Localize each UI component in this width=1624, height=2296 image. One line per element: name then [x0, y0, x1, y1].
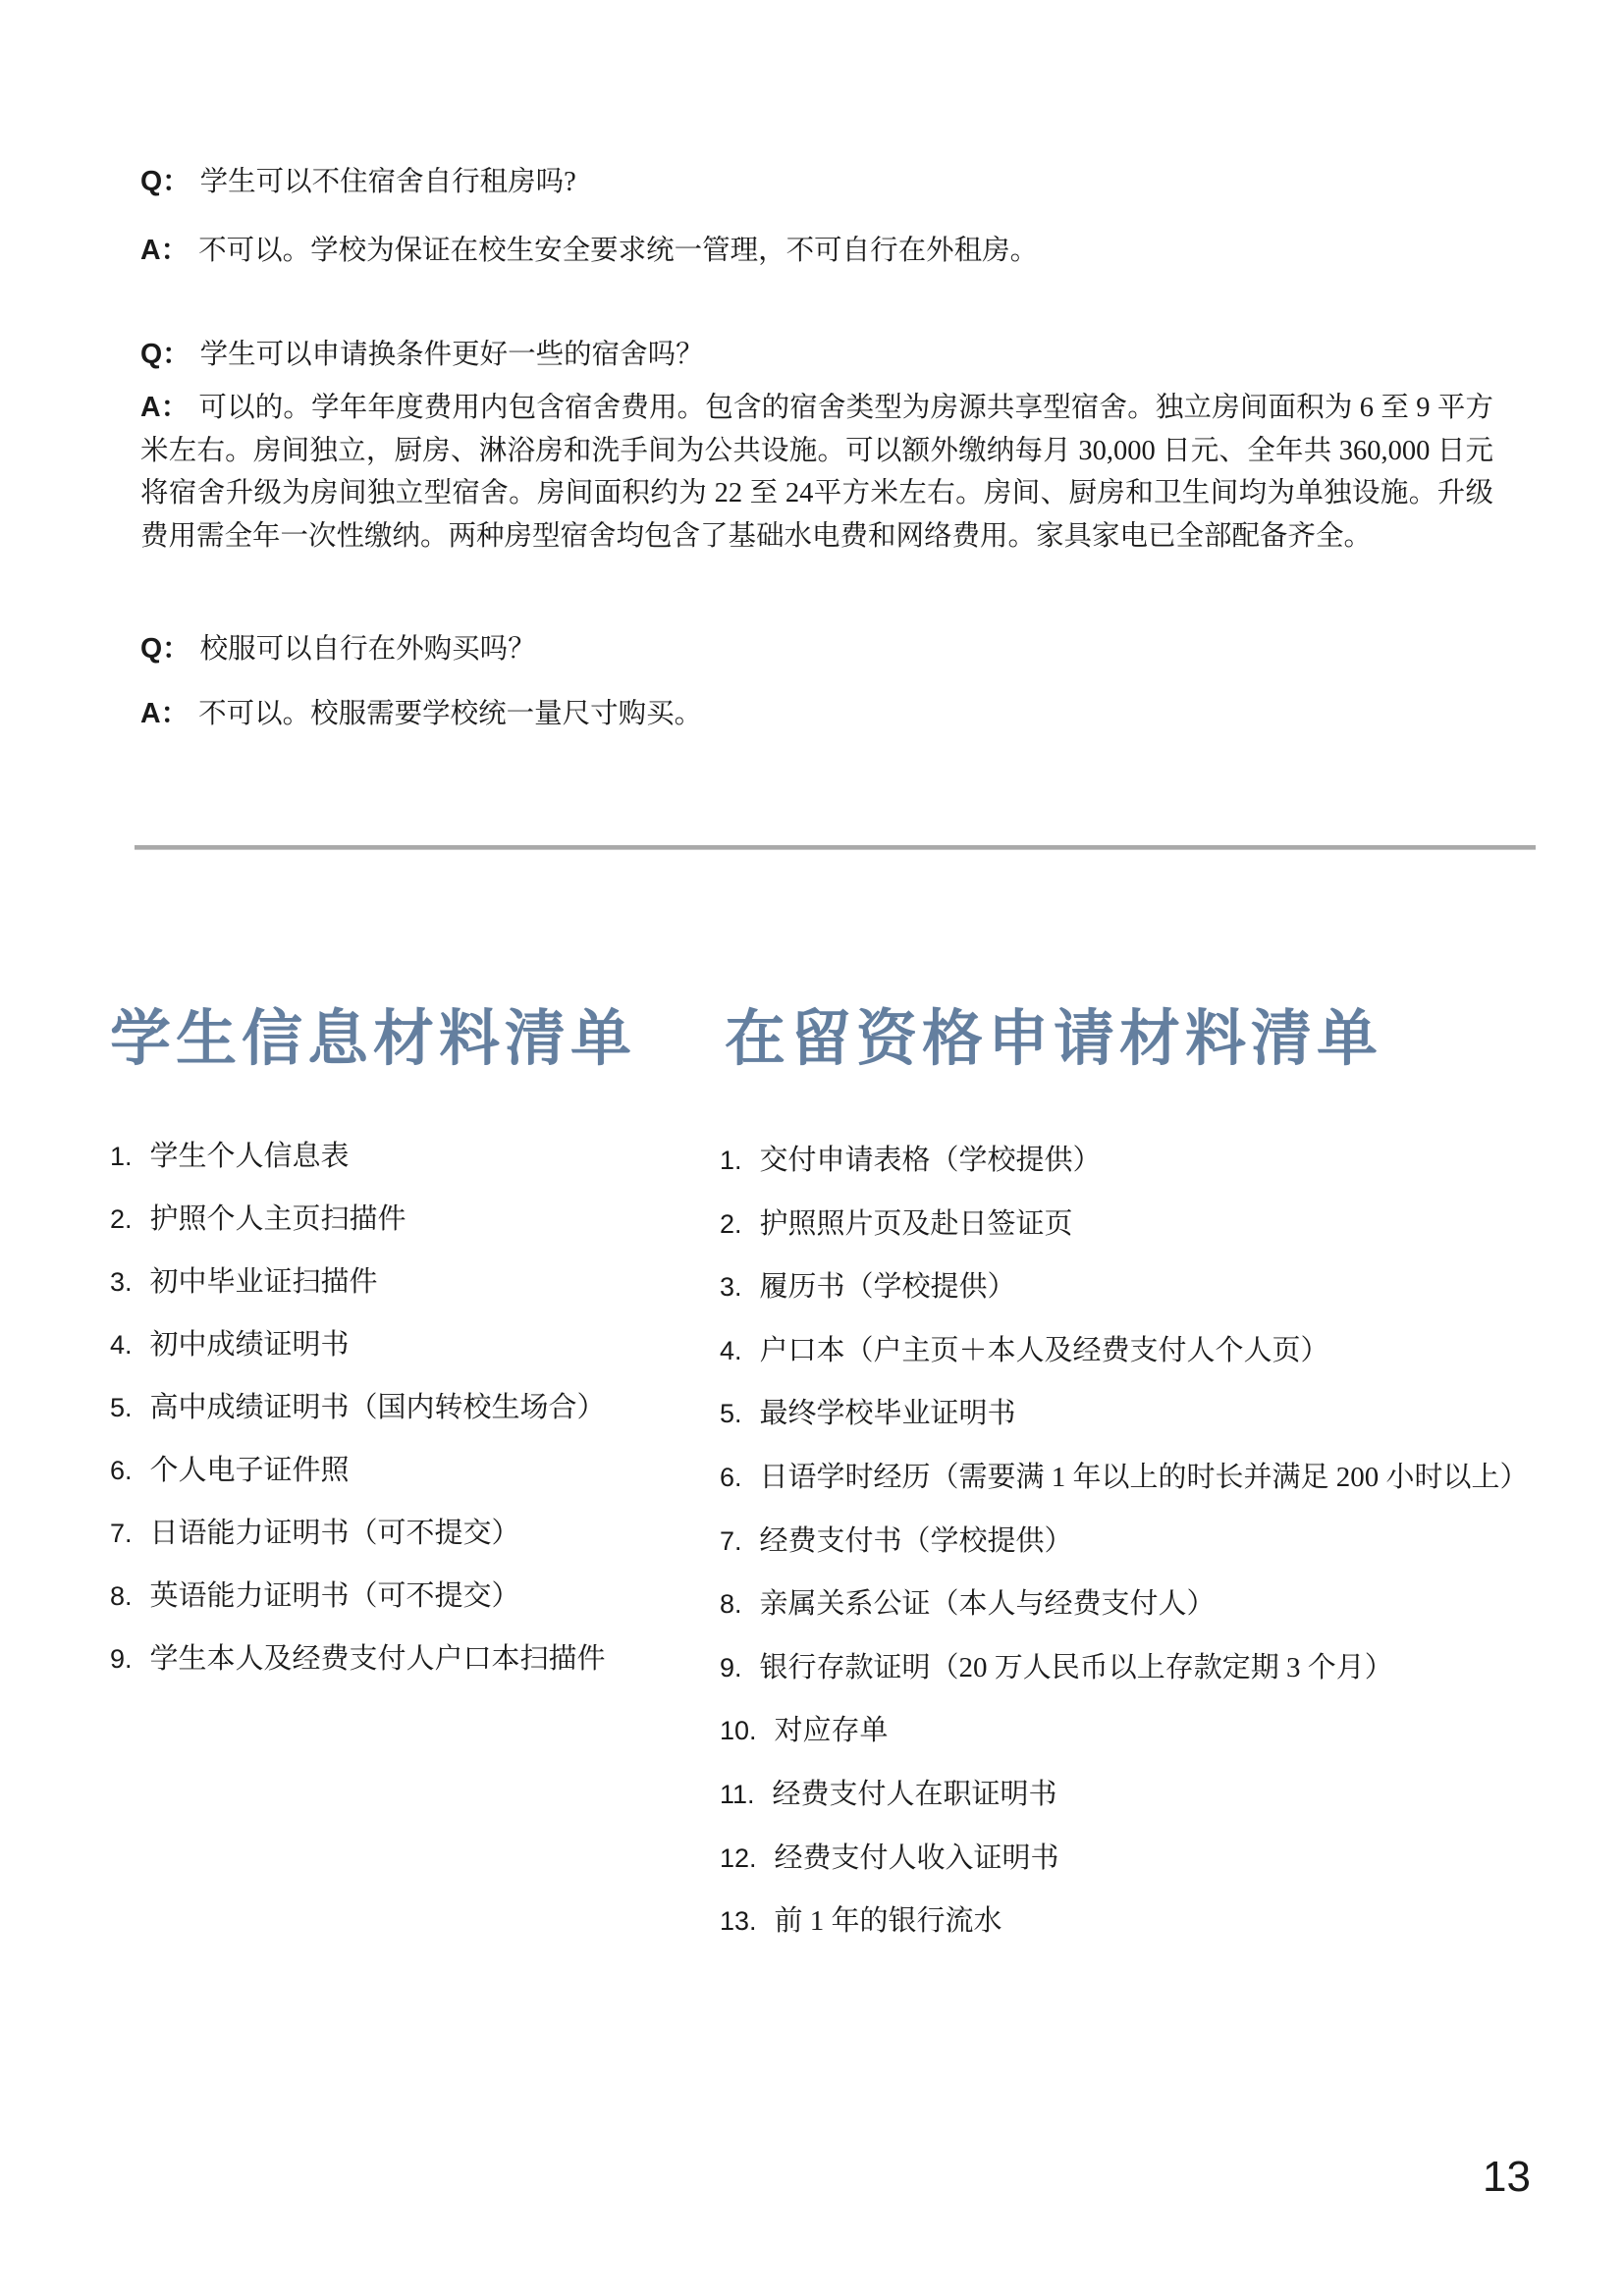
- list-item: 1.交付申请表格（学校提供）: [720, 1146, 1603, 1209]
- question-line: Q：校服可以自行在外购买吗？: [140, 628, 1493, 671]
- item-text: 英语能力证明书（可不提交）: [150, 1581, 520, 1611]
- item-number: 5.: [110, 1393, 133, 1422]
- question-label: Q：: [140, 339, 190, 370]
- answer-label: A：: [140, 698, 189, 729]
- list-item: 2.护照个人主页扫描件: [110, 1204, 719, 1267]
- question-label: Q：: [140, 166, 190, 197]
- item-text: 经费支付人在职证明书: [773, 1780, 1057, 1809]
- item-number: 12.: [720, 1843, 757, 1873]
- item-number: 3.: [110, 1267, 133, 1297]
- item-text: 户口本（户主页＋本人及经费支付人个人页）: [760, 1336, 1329, 1365]
- item-text: 学生个人信息表: [150, 1142, 350, 1171]
- item-number: 10.: [720, 1716, 757, 1745]
- list-item: 7.日语能力证明书（可不提交）: [110, 1519, 719, 1581]
- item-number: 9.: [720, 1653, 742, 1682]
- item-text: 对应存单: [775, 1716, 889, 1745]
- item-text: 亲属关系公证（本人与经费支付人）: [760, 1589, 1216, 1619]
- item-number: 9.: [110, 1644, 133, 1674]
- item-number: 6.: [720, 1463, 742, 1492]
- item-number: 8.: [720, 1589, 742, 1619]
- answer-text: 可以的。学年年度费用内包含宿舍费用。包含的宿舍类型为房源共享型宿舍。独立房间面积…: [140, 393, 1493, 552]
- question-line: Q：学生可以申请换条件更好一些的宿舍吗？: [140, 334, 1493, 377]
- item-number: 7.: [720, 1526, 742, 1556]
- answer-label: A：: [140, 235, 189, 266]
- item-text: 银行存款证明（20 万人民币以上存款定期 3 个月）: [760, 1653, 1393, 1682]
- item-text: 最终学校毕业证明书: [760, 1399, 1016, 1428]
- item-text: 初中成绩证明书: [150, 1330, 350, 1360]
- item-text: 履历书（学校提供）: [760, 1272, 1016, 1302]
- question-text: 学生可以不住宿舍自行租房吗?: [200, 167, 576, 197]
- item-number: 8.: [110, 1581, 133, 1611]
- list-item: 5.最终学校毕业证明书: [720, 1399, 1603, 1463]
- item-number: 4.: [720, 1336, 742, 1365]
- item-number: 2.: [720, 1209, 742, 1239]
- item-number: 11.: [720, 1780, 755, 1809]
- answer-label: A：: [140, 392, 189, 423]
- list-item: 3.履历书（学校提供）: [720, 1272, 1603, 1336]
- list-item: 11.经费支付人在职证明书: [720, 1780, 1603, 1843]
- document-page: Q：学生可以不住宿舍自行租房吗? A：不可以。学校为保证在校生安全要求统一管理，…: [0, 0, 1624, 2296]
- item-text: 个人电子证件照: [150, 1456, 350, 1485]
- list-item: 4.初中成绩证明书: [110, 1330, 719, 1393]
- question-line: Q：学生可以不住宿舍自行租房吗?: [140, 161, 1493, 204]
- item-number: 5.: [720, 1399, 742, 1428]
- question-label: Q：: [140, 633, 190, 665]
- item-number: 1.: [720, 1146, 742, 1175]
- item-text: 日语能力证明书（可不提交）: [150, 1519, 520, 1548]
- list-item: 4.户口本（户主页＋本人及经费支付人个人页）: [720, 1336, 1603, 1400]
- answer-line: A：可以的。学年年度费用内包含宿舍费用。包含的宿舍类型为房源共享型宿舍。独立房间…: [140, 387, 1493, 558]
- student-info-checklist-title: 学生信息材料清单: [110, 1003, 636, 1074]
- list-item: 8.英语能力证明书（可不提交）: [110, 1581, 719, 1644]
- question-text: 校服可以自行在外购买吗？: [200, 634, 536, 665]
- item-text: 学生本人及经费支付人户口本扫描件: [150, 1644, 606, 1674]
- list-item: 10.对应存单: [720, 1716, 1603, 1780]
- list-item: 12.经费支付人收入证明书: [720, 1843, 1603, 1907]
- list-item: 9.银行存款证明（20 万人民币以上存款定期 3 个月）: [720, 1653, 1603, 1717]
- residence-application-checklist-title: 在留资格申请材料清单: [725, 1003, 1382, 1074]
- list-item: 8.亲属关系公证（本人与经费支付人）: [720, 1589, 1603, 1653]
- answer-line: A：不可以。学校为保证在校生安全要求统一管理，不可自行在外租房。: [140, 230, 1493, 273]
- item-number: 4.: [110, 1330, 133, 1360]
- answer-line: A：不可以。校服需要学校统一量尺寸购买。: [140, 693, 1493, 736]
- list-item: 5.高中成绩证明书（国内转校生场合）: [110, 1393, 719, 1456]
- item-number: 3.: [720, 1272, 742, 1302]
- item-number: 7.: [110, 1519, 133, 1548]
- list-item: 13.前 1 年的银行流水: [720, 1906, 1603, 1970]
- item-text: 护照个人主页扫描件: [150, 1204, 406, 1234]
- list-item: 9.学生本人及经费支付人户口本扫描件: [110, 1644, 719, 1707]
- question-text: 学生可以申请换条件更好一些的宿舍吗？: [200, 340, 704, 370]
- item-text: 经费支付人收入证明书: [775, 1843, 1059, 1873]
- item-text: 高中成绩证明书（国内转校生场合）: [150, 1393, 606, 1422]
- item-text: 前 1 年的银行流水: [775, 1906, 1002, 1936]
- answer-text: 不可以。学校为保证在校生安全要求统一管理，不可自行在外租房。: [198, 236, 1038, 266]
- item-text: 经费支付书（学校提供）: [760, 1526, 1073, 1556]
- item-text: 护照照片页及赴日签证页: [760, 1209, 1073, 1239]
- item-text: 日语学时经历（需要满 1 年以上的时长并满足 200 小时以上）: [760, 1463, 1529, 1492]
- list-item: 3.初中毕业证扫描件: [110, 1267, 719, 1330]
- residence-application-checklist: 1.交付申请表格（学校提供） 2.护照照片页及赴日签证页 3.履历书（学校提供）…: [720, 1146, 1603, 1970]
- page-number: 13: [1483, 2156, 1531, 2199]
- student-info-checklist: 1.学生个人信息表 2.护照个人主页扫描件 3.初中毕业证扫描件 4.初中成绩证…: [110, 1142, 719, 1707]
- item-number: 2.: [110, 1204, 133, 1234]
- item-number: 13.: [720, 1906, 757, 1936]
- list-item: 2.护照照片页及赴日签证页: [720, 1209, 1603, 1273]
- list-item: 7.经费支付书（学校提供）: [720, 1526, 1603, 1590]
- section-divider: [135, 845, 1536, 850]
- item-text: 交付申请表格（学校提供）: [760, 1146, 1102, 1175]
- item-text: 初中毕业证扫描件: [150, 1267, 378, 1297]
- list-item: 6.个人电子证件照: [110, 1456, 719, 1519]
- item-number: 1.: [110, 1142, 133, 1171]
- item-number: 6.: [110, 1456, 133, 1485]
- list-item: 6.日语学时经历（需要满 1 年以上的时长并满足 200 小时以上）: [720, 1463, 1603, 1526]
- answer-text: 不可以。校服需要学校统一量尺寸购买。: [198, 699, 702, 729]
- list-item: 1.学生个人信息表: [110, 1142, 719, 1204]
